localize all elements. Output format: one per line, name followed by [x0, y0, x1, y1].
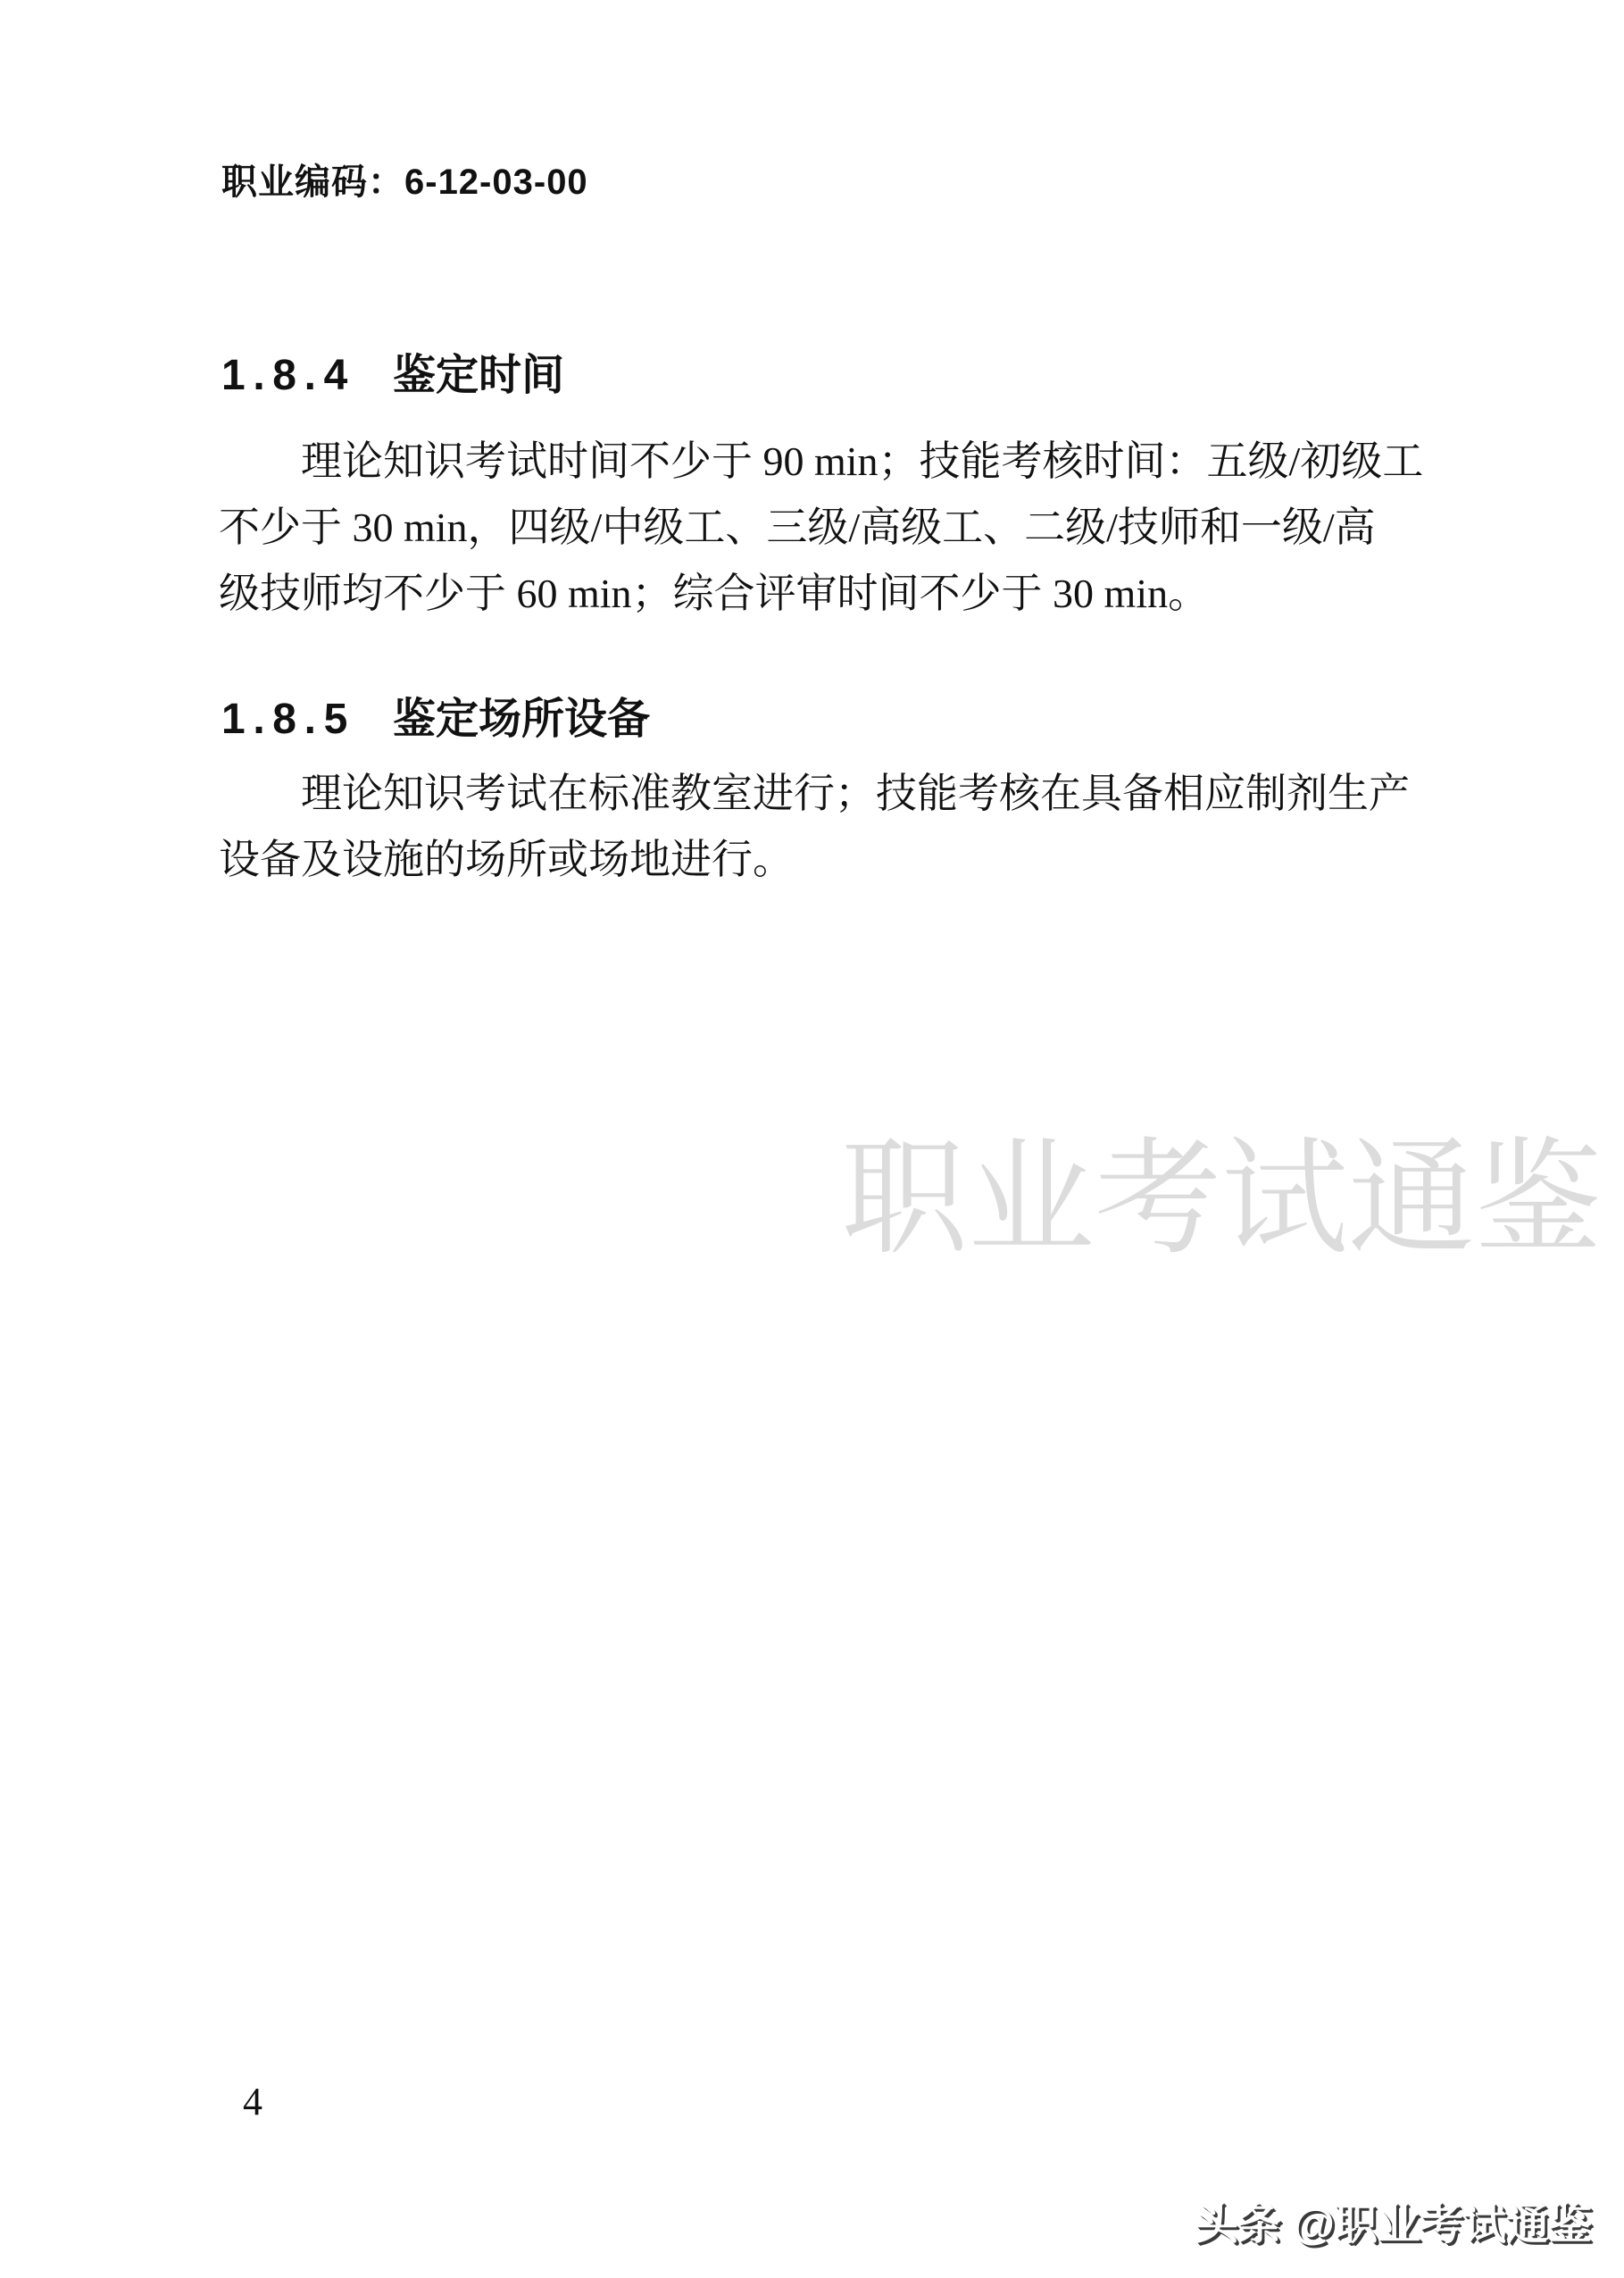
section-paragraph-1-8-5: 理论知识考试在标准教室进行；技能考核在具备相应制剂生产 设备及设施的场所或场地进…	[219, 761, 1415, 893]
document-page: 职业编码：6-12-03-00 1.8.4鉴定时间 理论知识考试时间不少于 90…	[0, 0, 1624, 2278]
occupation-code-header: 职业编码：6-12-03-00	[221, 154, 588, 204]
paragraph-line: 理论知识考试在标准教室进行；技能考核在具备相应制剂生产	[219, 761, 1415, 827]
section-heading-1-8-5: 1.8.5鉴定场所设备	[221, 684, 650, 746]
paragraph-line: 级技师均不少于 60 min；综合评审时间不少于 30 min。	[219, 561, 1415, 627]
section-heading-1-8-4: 1.8.4鉴定时间	[221, 340, 564, 402]
section-title: 鉴定场所设备	[393, 696, 650, 743]
page-number: 4	[243, 2079, 262, 2124]
section-paragraph-1-8-4: 理论知识考试时间不少于 90 min；技能考核时间：五级/初级工 不少于 30 …	[219, 429, 1415, 627]
diagonal-watermark-text: 职业考试通鉴	[841, 1097, 1602, 1279]
paragraph-line: 理论知识考试时间不少于 90 min；技能考核时间：五级/初级工	[219, 429, 1415, 495]
section-number: 1.8.4	[221, 352, 355, 399]
paragraph-line: 不少于 30 min，四级/中级工、三级/高级工、二级/技师和一级/高	[219, 495, 1415, 561]
paragraph-line: 设备及设施的场所或场地进行。	[219, 827, 1415, 893]
section-number: 1.8.5	[221, 696, 355, 743]
section-title: 鉴定时间	[393, 352, 564, 399]
toutiao-watermark-badge: 头条 @职业考试通鉴	[1195, 2190, 1592, 2251]
